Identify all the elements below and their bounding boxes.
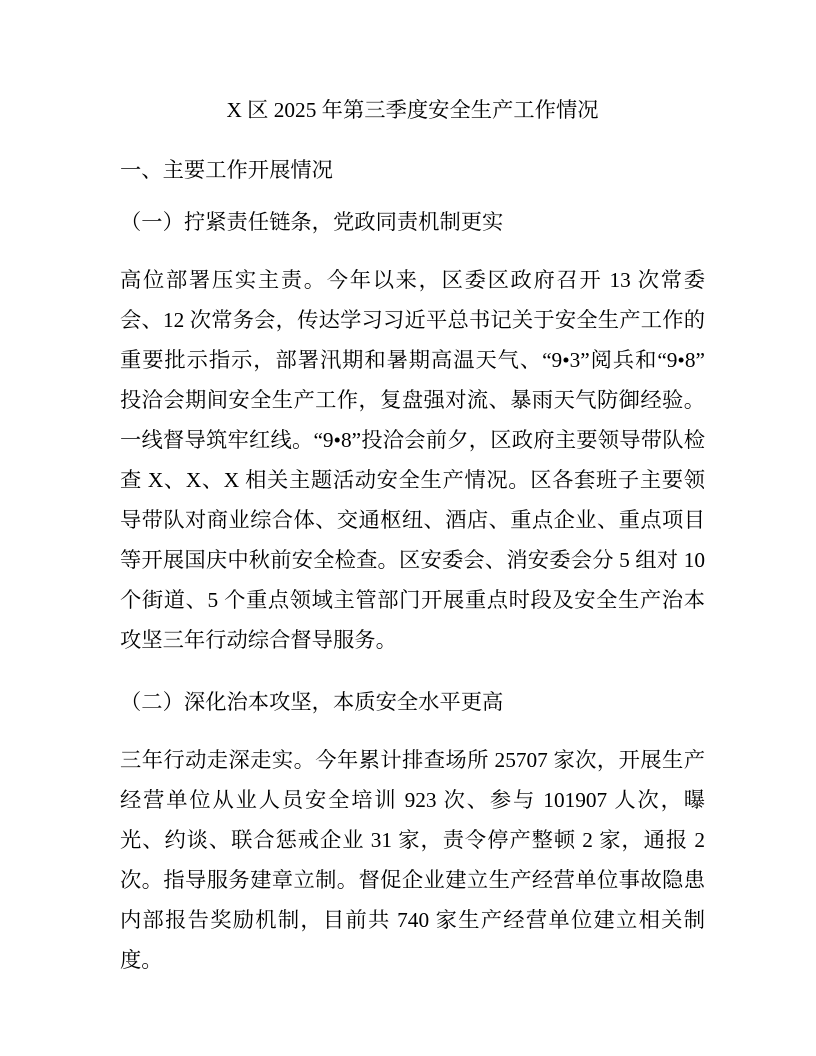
body-paragraph-1: 高位部署压实主责。今年以来，区委区政府召开 13 次常委会、12 次常务会，传达… [120,260,705,660]
body-paragraph-2: 三年行动走深走实。今年累计排查场所 25707 家次，开展生产经营单位从业人员安… [120,740,705,980]
document-title: X 区 2025 年第三季度安全生产工作情况 [120,90,705,130]
subsection-heading-1: （一）拧紧责任链条，党政同责机制更实 [120,202,705,242]
section-heading-main: 一、主要工作开展情况 [120,150,705,190]
subsection-heading-2: （二）深化治本攻坚，本质安全水平更高 [120,682,705,722]
document-page: X 区 2025 年第三季度安全生产工作情况 一、主要工作开展情况 （一）拧紧责… [0,0,816,1056]
